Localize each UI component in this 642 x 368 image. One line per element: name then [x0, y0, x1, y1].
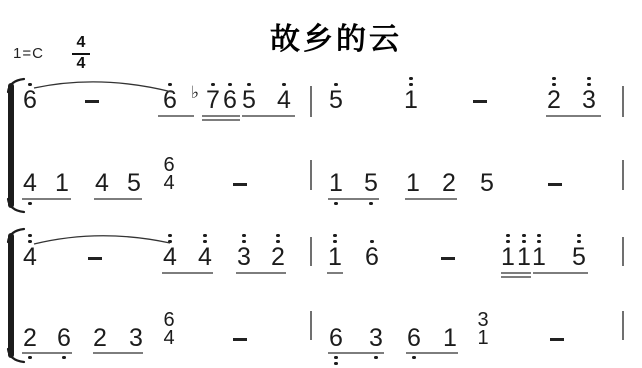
octave-dot-above [168, 83, 171, 86]
dash-extension [548, 183, 562, 186]
note-digit: 4 [198, 245, 212, 270]
octave-dot-above [242, 240, 245, 243]
barline [310, 86, 312, 117]
note-digit: 1 [329, 171, 343, 196]
note-digit: 1 [443, 326, 457, 351]
octave-dot-above [28, 234, 31, 237]
slur [34, 236, 170, 244]
octave-dot-above [168, 240, 171, 243]
note-digit: 4 [23, 245, 37, 270]
beam-underline [501, 272, 531, 274]
dash-extension [473, 100, 487, 103]
note-digit: 4 [277, 88, 291, 113]
octave-dot-above [211, 83, 214, 86]
octave-dot-below [369, 202, 372, 205]
note-digit: 5 [480, 171, 494, 196]
octave-dot-below [62, 356, 65, 359]
octave-dot-above [587, 77, 590, 80]
dash-extension [233, 338, 247, 341]
octave-dot-above [552, 83, 555, 86]
octave-dot-below [28, 202, 31, 205]
chord-note-bottom: 4 [163, 328, 174, 348]
barline [622, 237, 624, 266]
octave-dot-above [506, 240, 509, 243]
octave-dot-above [203, 234, 206, 237]
note-digit: 4 [163, 245, 177, 270]
octave-dot-above [577, 240, 580, 243]
note-digit: 6 [163, 88, 177, 113]
octave-dot-above [370, 240, 373, 243]
octave-dot-above [28, 240, 31, 243]
flat-icon: ♭ [191, 84, 199, 101]
octave-dot-above [409, 77, 412, 80]
beam-underline [406, 352, 458, 354]
note-digit: 5 [127, 171, 141, 196]
note-digit: 2 [547, 88, 561, 113]
note-digit: 7 [206, 88, 220, 113]
note-digit: 1 [501, 245, 515, 270]
octave-dot-above [276, 240, 279, 243]
note-digit: 5 [329, 88, 343, 113]
octave-dot-above [276, 234, 279, 237]
system-bracket-top-hook [8, 79, 24, 92]
slur [34, 82, 172, 92]
note-digit: 1 [55, 171, 69, 196]
note-digit: 1 [404, 88, 418, 113]
octave-dot-above [522, 240, 525, 243]
note-digit: 4 [23, 171, 37, 196]
octave-dot-above [552, 77, 555, 80]
page-title: 故乡的云 [270, 14, 402, 58]
dash-extension [85, 100, 99, 103]
key-signature: 1=C [13, 45, 44, 62]
octave-dot-above [203, 240, 206, 243]
beam-underline [327, 272, 343, 274]
beam-underline [242, 115, 295, 117]
octave-dot-above [282, 83, 285, 86]
barline [310, 311, 312, 340]
octave-dot-above [168, 234, 171, 237]
sheet-music-page: 故乡的云 1=C 4 4 667♭65451234145641512544432… [0, 0, 642, 368]
note-digit: 6 [57, 326, 71, 351]
beam-underline [328, 198, 379, 200]
octave-dot-above [409, 83, 412, 86]
note-digit: 3 [582, 88, 596, 113]
note-digit: 6 [329, 326, 343, 351]
beam-underline [546, 115, 601, 117]
note-digit: 5 [364, 171, 378, 196]
note-digit: 3 [129, 326, 143, 351]
note-digit: 6 [223, 88, 237, 113]
system-bracket-bottom-hook [8, 199, 24, 212]
beam-underline [202, 119, 240, 121]
note-digit: 5 [242, 88, 256, 113]
octave-dot-below [28, 356, 31, 359]
beam-underline [533, 272, 588, 274]
note-digit: 3 [369, 326, 383, 351]
note-digit: 6 [407, 326, 421, 351]
dash-extension [233, 183, 247, 186]
octave-dot-below [334, 356, 337, 359]
octave-dot-above [537, 240, 540, 243]
dash-extension [550, 338, 564, 341]
note-digit: 1 [517, 245, 531, 270]
beam-underline [162, 272, 213, 274]
time-signature: 4 4 [72, 35, 90, 73]
note-digit: 6 [365, 245, 379, 270]
beam-underline [22, 198, 71, 200]
note-digit: 1 [328, 245, 342, 270]
note-digit: 2 [93, 326, 107, 351]
note-digit: 1 [532, 245, 546, 270]
time-signature-denominator: 4 [72, 56, 90, 73]
octave-dot-above [247, 83, 250, 86]
note-digit: 2 [271, 245, 285, 270]
barline [622, 311, 624, 340]
octave-dot-above [242, 234, 245, 237]
beam-underline [501, 276, 531, 278]
octave-dot-above [506, 234, 509, 237]
beam-underline [22, 352, 72, 354]
octave-dot-above [522, 234, 525, 237]
note-digit: 2 [23, 326, 37, 351]
note-digit: 6 [23, 88, 37, 113]
octave-dot-above [334, 83, 337, 86]
octave-dot-above [587, 83, 590, 86]
system-bracket-bottom-hook [8, 349, 24, 362]
octave-dot-above [333, 234, 336, 237]
time-signature-numerator: 4 [72, 35, 90, 52]
system-bracket-top-hook [8, 229, 24, 242]
beam-underline [158, 115, 194, 117]
chord-note-bottom: 4 [163, 173, 174, 193]
octave-dot-below [412, 356, 415, 359]
note-digit: 4 [95, 171, 109, 196]
beam-underline [405, 198, 457, 200]
note-digit: 1 [406, 171, 420, 196]
note-digit: 5 [572, 245, 586, 270]
barline [310, 237, 312, 266]
beam-underline [236, 272, 286, 274]
note-digit: 3 [237, 245, 251, 270]
octave-dot-below [374, 356, 377, 359]
beam-underline [202, 115, 240, 117]
note-digit: 2 [442, 171, 456, 196]
octave-dot-below [334, 202, 337, 205]
beam-underline [328, 352, 384, 354]
barline [622, 160, 624, 190]
octave-dot-above [333, 240, 336, 243]
dash-extension [441, 257, 455, 260]
barline [310, 160, 312, 190]
octave-dot-below [334, 362, 337, 365]
octave-dot-above [537, 234, 540, 237]
octave-dot-above [28, 83, 31, 86]
octave-dot-above [228, 83, 231, 86]
beam-underline [94, 198, 142, 200]
chord-note-bottom: 1 [477, 328, 488, 348]
beam-underline [93, 352, 143, 354]
octave-dot-above [577, 234, 580, 237]
barline [622, 86, 624, 117]
dash-extension [88, 257, 102, 260]
